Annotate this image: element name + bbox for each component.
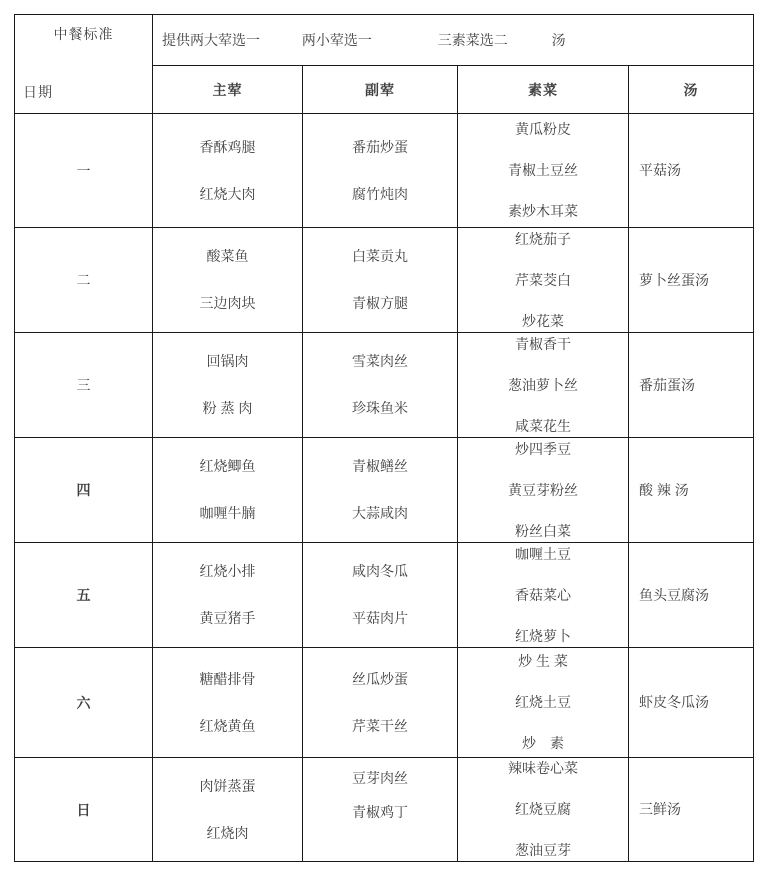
day-label: 五 — [77, 587, 91, 603]
menu-body: 一 香酥鸡腿 红烧大肉 番茄炒蛋 腐竹炖肉 黄瓜粉皮 青椒土豆丝 素炒木耳菜 平… — [15, 114, 754, 862]
dish-item: 红烧鲫鱼 — [153, 456, 302, 477]
dish-item: 香菇菜心 — [458, 585, 628, 606]
menu-row: 二 酸菜鱼 三边肉块 白菜贡丸 青椒方腿 红烧茄子 芹菜茭白 炒花菜 萝卜丝蛋汤 — [15, 228, 754, 333]
soup-item: 番茄蛋汤 — [639, 377, 695, 393]
dish-item: 青椒鸡丁 — [303, 802, 457, 823]
day-label: 一 — [77, 163, 91, 179]
dish-item: 丝瓜炒蛋 — [303, 669, 457, 690]
soup-cell: 番茄蛋汤 — [629, 333, 754, 438]
veg-dishes-cell: 红烧茄子 芹菜茭白 炒花菜 — [458, 228, 629, 333]
dish-item: 三边肉块 — [153, 293, 302, 314]
day-cell: 五 — [15, 543, 153, 648]
dish-item: 腐竹炖肉 — [303, 184, 457, 205]
dish-item: 番茄炒蛋 — [303, 137, 457, 158]
soup-cell: 虾皮冬瓜汤 — [629, 648, 754, 758]
dish-item: 黄瓜粉皮 — [458, 119, 628, 140]
notice-part-main: 提供两大荤选一 — [162, 30, 260, 50]
dish-item: 青椒香干 — [458, 334, 628, 355]
dish-item: 青椒土豆丝 — [458, 160, 628, 181]
dish-item: 葱油豆芽 — [458, 840, 628, 861]
day-cell: 日 — [15, 758, 153, 862]
dish-item: 素炒木耳菜 — [458, 201, 628, 222]
day-label: 日 — [77, 802, 91, 818]
second-dishes-cell: 番茄炒蛋 腐竹炖肉 — [303, 114, 458, 228]
col-header-main: 主荤 — [153, 66, 303, 114]
dish-item: 平菇肉片 — [303, 608, 457, 629]
col-header-veg: 素菜 — [458, 66, 629, 114]
lunch-menu-table: 中餐标准 日期 提供两大荤选一 两小荤选一 三素菜选二 汤 主荤 副荤 素菜 汤… — [14, 14, 754, 862]
dish-item: 粉 蒸 肉 — [153, 398, 302, 419]
col-header-soup: 汤 — [629, 66, 754, 114]
dish-item: 红烧茄子 — [458, 229, 628, 250]
second-dishes-cell: 白菜贡丸 青椒方腿 — [303, 228, 458, 333]
menu-row: 五 红烧小排 黄豆猪手 咸肉冬瓜 平菇肉片 咖喱土豆 香菇菜心 红烧萝卜 鱼头豆… — [15, 543, 754, 648]
dish-item: 大蒜咸肉 — [303, 503, 457, 524]
day-cell: 一 — [15, 114, 153, 228]
corner-cell: 中餐标准 日期 — [15, 15, 153, 114]
dish-item: 青椒鳝丝 — [303, 456, 457, 477]
notice-part-second: 两小荤选一 — [302, 30, 372, 50]
dish-item: 黄豆猪手 — [153, 608, 302, 629]
dish-item: 咸菜花生 — [458, 416, 628, 437]
dish-item: 肉饼蒸蛋 — [153, 776, 302, 797]
menu-row: 三 回锅肉 粉 蒸 肉 雪菜肉丝 珍珠鱼米 青椒香干 葱油萝卜丝 咸菜花生 番茄… — [15, 333, 754, 438]
veg-dishes-cell: 炒四季豆 黄豆芽粉丝 粉丝白菜 — [458, 438, 629, 543]
veg-dishes-cell: 黄瓜粉皮 青椒土豆丝 素炒木耳菜 — [458, 114, 629, 228]
day-label: 三 — [77, 377, 91, 393]
dish-item: 红烧大肉 — [153, 184, 302, 205]
day-label: 六 — [77, 695, 91, 711]
dish-item: 白菜贡丸 — [303, 246, 457, 267]
dish-item: 红烧肉 — [153, 823, 302, 844]
veg-dishes-cell: 辣味卷心菜 红烧豆腐 葱油豆芽 — [458, 758, 629, 862]
veg-dishes-cell: 咖喱土豆 香菇菜心 红烧萝卜 — [458, 543, 629, 648]
dish-item: 香酥鸡腿 — [153, 137, 302, 158]
day-label: 二 — [77, 272, 91, 288]
soup-item: 虾皮冬瓜汤 — [639, 694, 709, 710]
dish-item: 酸菜鱼 — [153, 246, 302, 267]
menu-row: 日 肉饼蒸蛋 红烧肉 豆芽肉丝 青椒鸡丁 辣味卷心菜 红烧豆腐 葱油豆芽 三鲜汤 — [15, 758, 754, 862]
header-notice-row: 中餐标准 日期 提供两大荤选一 两小荤选一 三素菜选二 汤 — [15, 15, 754, 66]
dish-item: 糖醋排骨 — [153, 669, 302, 690]
dish-item: 青椒方腿 — [303, 293, 457, 314]
dish-item: 辣味卷心菜 — [458, 758, 628, 779]
notice-part-soup: 汤 — [552, 30, 566, 50]
dish-item: 回锅肉 — [153, 351, 302, 372]
dish-item: 粉丝白菜 — [458, 521, 628, 542]
dish-item: 珍珠鱼米 — [303, 398, 457, 419]
main-dishes-cell: 红烧鲫鱼 咖喱牛腩 — [153, 438, 303, 543]
day-cell: 四 — [15, 438, 153, 543]
second-dishes-cell: 咸肉冬瓜 平菇肉片 — [303, 543, 458, 648]
second-dishes-cell: 青椒鳝丝 大蒜咸肉 — [303, 438, 458, 543]
soup-item: 萝卜丝蛋汤 — [639, 272, 709, 288]
dish-item: 雪菜肉丝 — [303, 351, 457, 372]
dish-item: 炒 生 菜 — [458, 651, 628, 672]
dish-item: 咸肉冬瓜 — [303, 561, 457, 582]
dish-item: 炒花菜 — [458, 311, 628, 332]
main-dishes-cell: 红烧小排 黄豆猪手 — [153, 543, 303, 648]
dish-item: 芹菜茭白 — [458, 270, 628, 291]
dish-item: 咖喱土豆 — [458, 544, 628, 565]
main-dishes-cell: 肉饼蒸蛋 红烧肉 — [153, 758, 303, 862]
dish-item: 红烧黄鱼 — [153, 716, 302, 737]
dish-item: 红烧小排 — [153, 561, 302, 582]
soup-item: 鱼头豆腐汤 — [639, 587, 709, 603]
second-dishes-cell: 豆芽肉丝 青椒鸡丁 — [303, 758, 458, 862]
veg-dishes-cell: 青椒香干 葱油萝卜丝 咸菜花生 — [458, 333, 629, 438]
dish-item: 红烧土豆 — [458, 692, 628, 713]
meal-standard-label: 中餐标准 — [15, 24, 152, 44]
soup-cell: 平菇汤 — [629, 114, 754, 228]
day-cell: 六 — [15, 648, 153, 758]
second-dishes-cell: 丝瓜炒蛋 芹菜干丝 — [303, 648, 458, 758]
col-header-second: 副荤 — [303, 66, 458, 114]
soup-item: 酸 辣 汤 — [639, 482, 689, 498]
menu-row: 四 红烧鲫鱼 咖喱牛腩 青椒鳝丝 大蒜咸肉 炒四季豆 黄豆芽粉丝 粉丝白菜 酸 … — [15, 438, 754, 543]
menu-row: 一 香酥鸡腿 红烧大肉 番茄炒蛋 腐竹炖肉 黄瓜粉皮 青椒土豆丝 素炒木耳菜 平… — [15, 114, 754, 228]
notice-part-veg: 三素菜选二 — [438, 30, 508, 50]
main-dishes-cell: 糖醋排骨 红烧黄鱼 — [153, 648, 303, 758]
day-cell: 三 — [15, 333, 153, 438]
dish-item: 咖喱牛腩 — [153, 503, 302, 524]
date-label: 日期 — [23, 82, 53, 102]
day-label: 四 — [77, 482, 91, 498]
menu-row: 六 糖醋排骨 红烧黄鱼 丝瓜炒蛋 芹菜干丝 炒 生 菜 红烧土豆 炒 素 虾皮冬… — [15, 648, 754, 758]
main-dishes-cell: 回锅肉 粉 蒸 肉 — [153, 333, 303, 438]
main-dishes-cell: 酸菜鱼 三边肉块 — [153, 228, 303, 333]
veg-dishes-cell: 炒 生 菜 红烧土豆 炒 素 — [458, 648, 629, 758]
dish-item: 芹菜干丝 — [303, 716, 457, 737]
dish-item: 黄豆芽粉丝 — [458, 480, 628, 501]
soup-cell: 三鲜汤 — [629, 758, 754, 862]
soup-cell: 鱼头豆腐汤 — [629, 543, 754, 648]
main-dishes-cell: 香酥鸡腿 红烧大肉 — [153, 114, 303, 228]
dish-item: 炒四季豆 — [458, 439, 628, 460]
dish-item: 红烧萝卜 — [458, 626, 628, 647]
dish-item: 葱油萝卜丝 — [458, 375, 628, 396]
dish-item: 炒 素 — [458, 733, 628, 754]
soup-item: 三鲜汤 — [639, 801, 681, 817]
second-dishes-cell: 雪菜肉丝 珍珠鱼米 — [303, 333, 458, 438]
dish-item: 红烧豆腐 — [458, 799, 628, 820]
soup-cell: 萝卜丝蛋汤 — [629, 228, 754, 333]
soup-item: 平菇汤 — [639, 162, 681, 178]
dish-item: 豆芽肉丝 — [303, 768, 457, 789]
menu-notice: 提供两大荤选一 两小荤选一 三素菜选二 汤 — [153, 15, 754, 66]
day-cell: 二 — [15, 228, 153, 333]
soup-cell: 酸 辣 汤 — [629, 438, 754, 543]
